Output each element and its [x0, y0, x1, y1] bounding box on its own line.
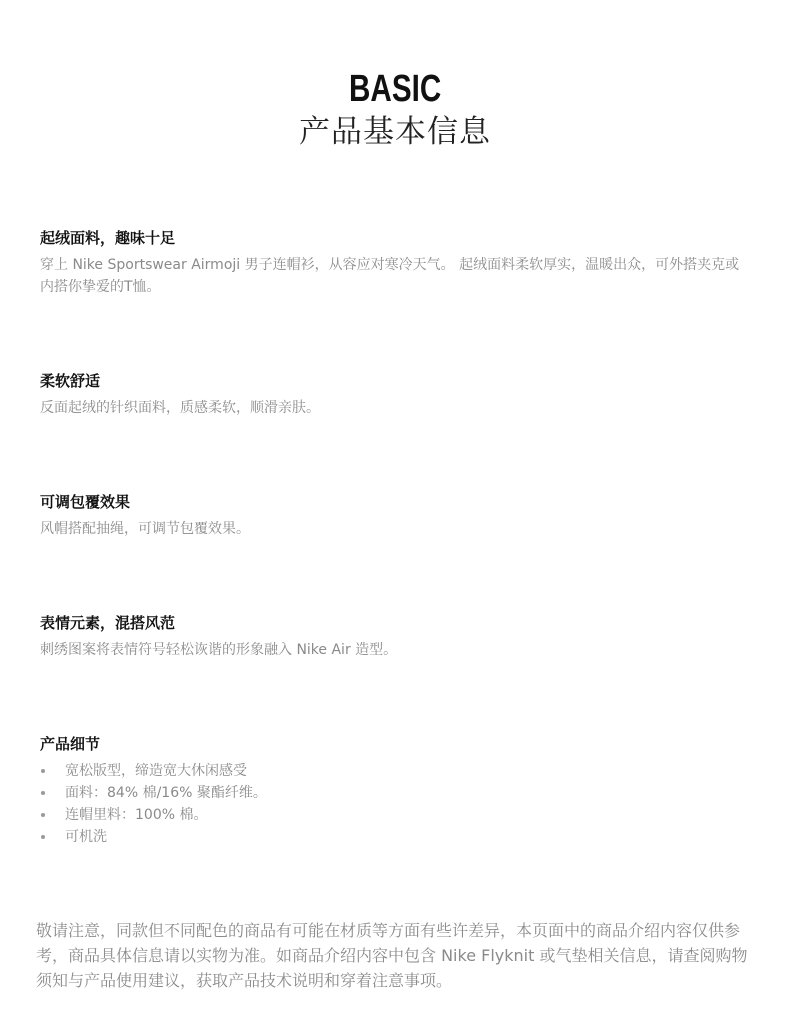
section-body: 刺绣图案将表情符号轻松诙谐的形象融入 Nike Air 造型。 — [40, 639, 750, 661]
bullet-icon — [41, 813, 45, 817]
product-details-section: 产品细节 宽松版型，缔造宽大休闲感受 面料：84% 棉/16% 聚酯纤维。 连帽… — [40, 734, 750, 848]
section-body: 风帽搭配抽绳，可调节包覆效果。 — [40, 518, 750, 540]
feature-section-fleece: 起绒面料，趣味十足 穿上 Nike Sportswear Airmoji 男子连… — [40, 228, 750, 298]
section-title: 可调包覆效果 — [40, 492, 750, 512]
details-list-item: 可机洗 — [40, 826, 750, 848]
details-list-item: 面料：84% 棉/16% 聚酯纤维。 — [40, 782, 750, 804]
section-body: 反面起绒的针织面料，质感柔软，顺滑亲肤。 — [40, 397, 750, 419]
details-item-text: 面料：84% 棉/16% 聚酯纤维。 — [65, 785, 267, 801]
page-header: BASIC 产品基本信息 — [0, 68, 790, 151]
details-list-item: 宽松版型，缔造宽大休闲感受 — [40, 760, 750, 782]
details-item-text: 可机洗 — [65, 829, 107, 845]
feature-section-emoji: 表情元素，混搭风范 刺绣图案将表情符号轻松诙谐的形象融入 Nike Air 造型… — [40, 613, 750, 661]
section-body: 穿上 Nike Sportswear Airmoji 男子连帽衫，从容应对寒冷天… — [40, 254, 750, 298]
section-title: 柔软舒适 — [40, 371, 750, 391]
section-title: 起绒面料，趣味十足 — [40, 228, 750, 248]
details-title: 产品细节 — [40, 734, 750, 754]
details-item-text: 连帽里料：100% 棉。 — [65, 807, 207, 823]
bullet-icon — [41, 791, 45, 795]
details-list-item: 连帽里料：100% 棉。 — [40, 804, 750, 826]
feature-section-hood: 可调包覆效果 风帽搭配抽绳，可调节包覆效果。 — [40, 492, 750, 540]
section-title: 表情元素，混搭风范 — [40, 613, 750, 633]
bullet-icon — [41, 835, 45, 839]
header-title-cn: 产品基本信息 — [0, 113, 790, 151]
bullet-icon — [41, 769, 45, 773]
details-list: 宽松版型，缔造宽大休闲感受 面料：84% 棉/16% 聚酯纤维。 连帽里料：10… — [40, 760, 750, 848]
details-item-text: 宽松版型，缔造宽大休闲感受 — [65, 763, 247, 779]
header-title-en: BASIC — [349, 68, 441, 110]
disclaimer-notice: 敬请注意，同款但不同配色的商品有可能在材质等方面有些许差异，本页面中的商品介绍内… — [36, 918, 750, 993]
feature-section-comfort: 柔软舒适 反面起绒的针织面料，质感柔软，顺滑亲肤。 — [40, 371, 750, 419]
